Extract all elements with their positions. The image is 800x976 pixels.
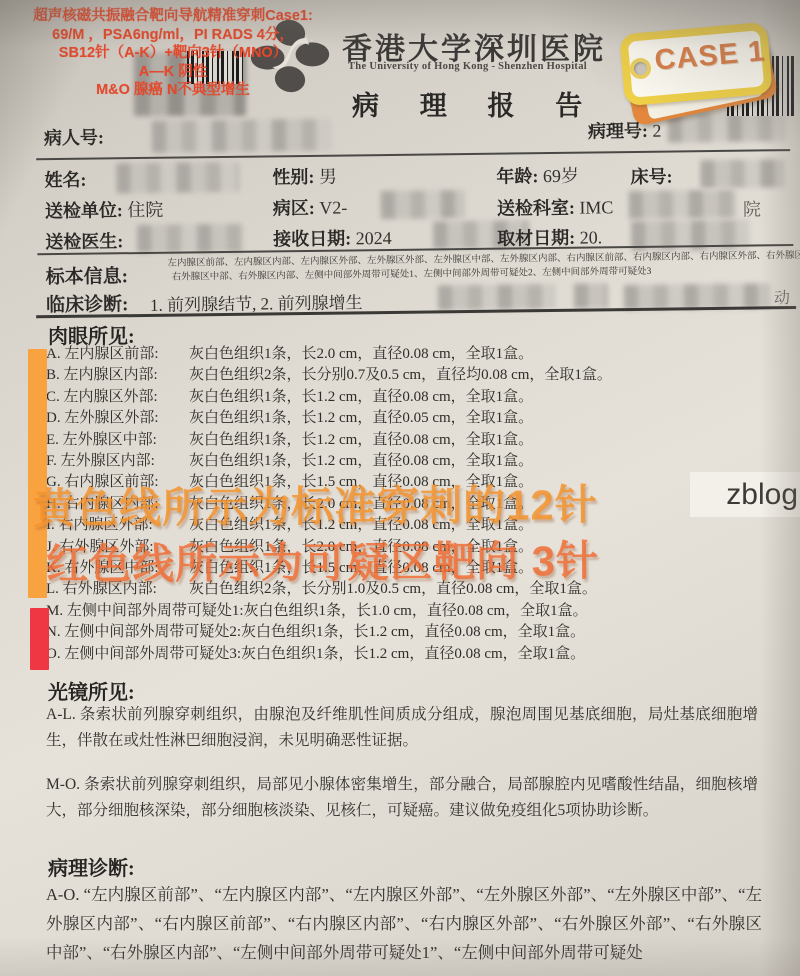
specimen-label: 标本信息:	[45, 261, 128, 289]
clinical-tail: 动	[774, 285, 790, 308]
ward-field: 病区: V2-	[273, 193, 348, 220]
highlight-bar-standard-12	[28, 349, 47, 598]
dept-suffix: 院	[743, 195, 761, 221]
unit-field: 送检单位: 住院	[45, 196, 164, 223]
micro-para-2: M-O. 条索状前列腺穿刺组织，局部见小腺体密集增生，部分融合，局部腺腔内见嗜酸…	[46, 772, 758, 823]
gross-row-N: N. 左侧中间部外周带可疑处2:灰白色组织1条，长1.2 cm，直径0.08 c…	[46, 622, 770, 643]
gender-field: 性别: 男	[272, 163, 337, 190]
gross-row-E: E. 左外腺区中部:灰白色组织1条，长1.2 cm，直径0.08 cm，全取1盒…	[46, 430, 770, 451]
gross-row-A: A. 左内腺区前部:灰白色组织1条，长2.0 cm，直径0.08 cm，全取1盒…	[46, 344, 770, 365]
redacted-clinical-1	[438, 284, 556, 310]
gross-row-B: B. 左内腺区内部:灰白色组织2条，长分别0.7及0.5 cm，直径均0.08 …	[46, 365, 770, 386]
annotation-line: 超声核磁共振融合靶向导航精准穿刺Case1:	[4, 7, 342, 26]
watermark-band: zblog	[690, 472, 800, 517]
redacted-clinical-2	[574, 283, 608, 308]
divider	[36, 149, 790, 160]
pathology-report-photo: 超声核磁共振融合靶向导航精准穿刺Case1: 69/M ，PSA6ng/ml，P…	[0, 0, 800, 976]
annotation-line: M&O 腺癌 N不典型增生	[4, 81, 342, 100]
redacted-name	[116, 162, 238, 193]
watermark-text: zblog	[726, 478, 798, 512]
overlay-note-line2: 红色线所示为可疑区靶向 3针	[46, 528, 599, 592]
diagnosis-heading: 病理诊断:	[48, 852, 135, 881]
annotation-line: A—K 阴性	[4, 63, 342, 82]
doctor-field: 送检医生:	[45, 227, 123, 254]
redacted-patient-no	[152, 119, 332, 153]
bed-field: 床号:	[630, 163, 672, 190]
receive-date-field: 接收日期: 2024	[273, 224, 392, 251]
gross-row-F: F. 左外腺区内部:灰白色组织1条，长1.2 cm，直径0.08 cm，全取1盒…	[46, 451, 770, 472]
patient-no-label: 病人号:	[44, 123, 104, 150]
gross-row-M: M. 左侧中间部外周带可疑处1:灰白色组织1条，长1.0 cm，直径0.08 c…	[46, 601, 770, 622]
highlight-bar-target-3	[30, 608, 49, 670]
micro-para-1: A-L. 条索状前列腺穿刺组织，由腺泡及纤维肌性间质成分组成，腺泡周围见基底细胞…	[46, 702, 758, 753]
age-field: 年龄: 69岁	[496, 162, 579, 189]
case-tag-sticker: CASE 1	[616, 20, 786, 120]
case-annotation: 超声核磁共振融合靶向导航精准穿刺Case1: 69/M ，PSA6ng/ml，P…	[4, 7, 342, 100]
micro-heading: 光镜所见:	[48, 676, 135, 705]
redacted-bed-no	[700, 159, 784, 188]
dept-field: 送检科室: IMC	[497, 193, 614, 220]
annotation-line: SB12针（A-K）+靶向3针（MNO）	[4, 44, 342, 63]
gross-row-C: C. 左内腺区外部:灰白色组织1条，长1.2 cm，直径0.08 cm，全取1盒…	[46, 387, 770, 408]
gross-row-O: O. 左侧中间部外周带可疑处3:灰白色组织1条，长1.2 cm，直径0.08 c…	[46, 644, 770, 665]
diagnosis-para: A-O. “左内腺区前部”、“左内腺区内部”、“左内腺区外部”、“左外腺区外部”…	[46, 880, 762, 967]
redacted-doctor	[137, 224, 243, 253]
overlay-note-line1: 黄色线所示为标准穿刺的12针	[33, 472, 598, 536]
redacted-ward	[381, 190, 465, 219]
gross-row-D: D. 左外腺区外部:灰白色组织1条，长1.2 cm，直径0.05 cm，全取1盒…	[46, 408, 770, 429]
name-field: 姓名:	[44, 166, 86, 193]
annotation-line: 69/M ，PSA6ng/ml，PI RADS 4分，	[4, 26, 342, 45]
clinical-label: 临床诊断:	[46, 289, 129, 317]
redacted-dept	[629, 190, 737, 219]
